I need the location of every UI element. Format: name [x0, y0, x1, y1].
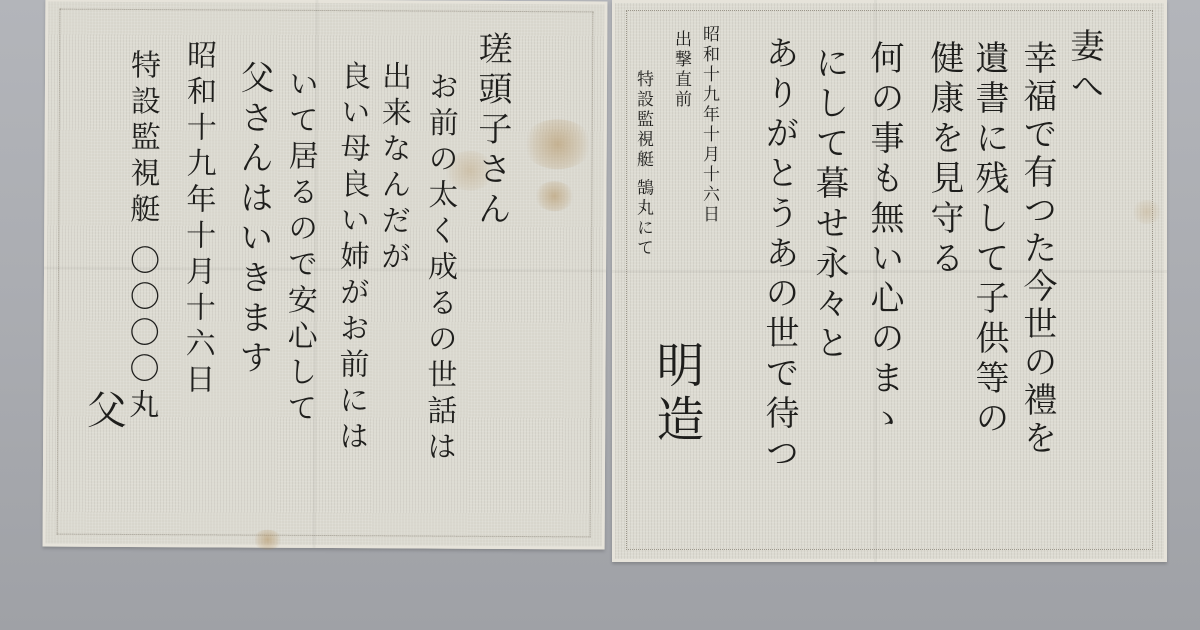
age-stain — [253, 530, 283, 550]
text-column: いて居るので安心して — [283, 68, 315, 428]
text-column: 健康を見守る — [927, 40, 961, 280]
text-column: 幸福で有つた今世の禮を — [1020, 40, 1054, 540]
text-column: 父さんはいきます — [235, 60, 271, 380]
date-column: 昭和十九年十月十六日 — [700, 25, 717, 225]
text-column: 良い母良い姉がお前には — [335, 60, 367, 480]
age-stain — [523, 119, 593, 169]
text-column: 出来なんだが — [377, 60, 408, 276]
text-column: ありがとうあの世で待つ — [762, 35, 796, 475]
text-column: 妻へ — [1067, 28, 1101, 108]
signature: 明造 — [652, 340, 700, 448]
text-column: 何の事も無い心のまゝ — [867, 40, 901, 440]
age-stain — [1132, 200, 1162, 224]
text-column: にして暮せ永々と — [812, 45, 846, 365]
signature: 父 — [83, 389, 123, 435]
right-cloth-letter: 妻へ 幸福で有つた今世の禮を 遺書に残して子供等の 健康を見守る 何の事も無い心… — [612, 0, 1167, 562]
left-cloth-letter: 瑳頭子さん お前の太く成るの世話は 出来なんだが 良い母良い姉がお前には いて居… — [43, 0, 608, 549]
text-column: 瑳頭子さん — [474, 31, 509, 231]
text-column: 出撃直前 — [672, 30, 689, 110]
text-column: 遺書に残して子供等の — [972, 40, 1006, 440]
text-column: 特設監視艇 鵠丸にて — [634, 70, 651, 258]
text-column: 特設監視艇 〇〇〇〇丸 — [125, 49, 157, 425]
text-column: 昭和十九年十月十六日 — [181, 39, 213, 399]
age-stain — [534, 181, 574, 211]
text-column: お前の太く成るの世話は — [423, 71, 455, 467]
